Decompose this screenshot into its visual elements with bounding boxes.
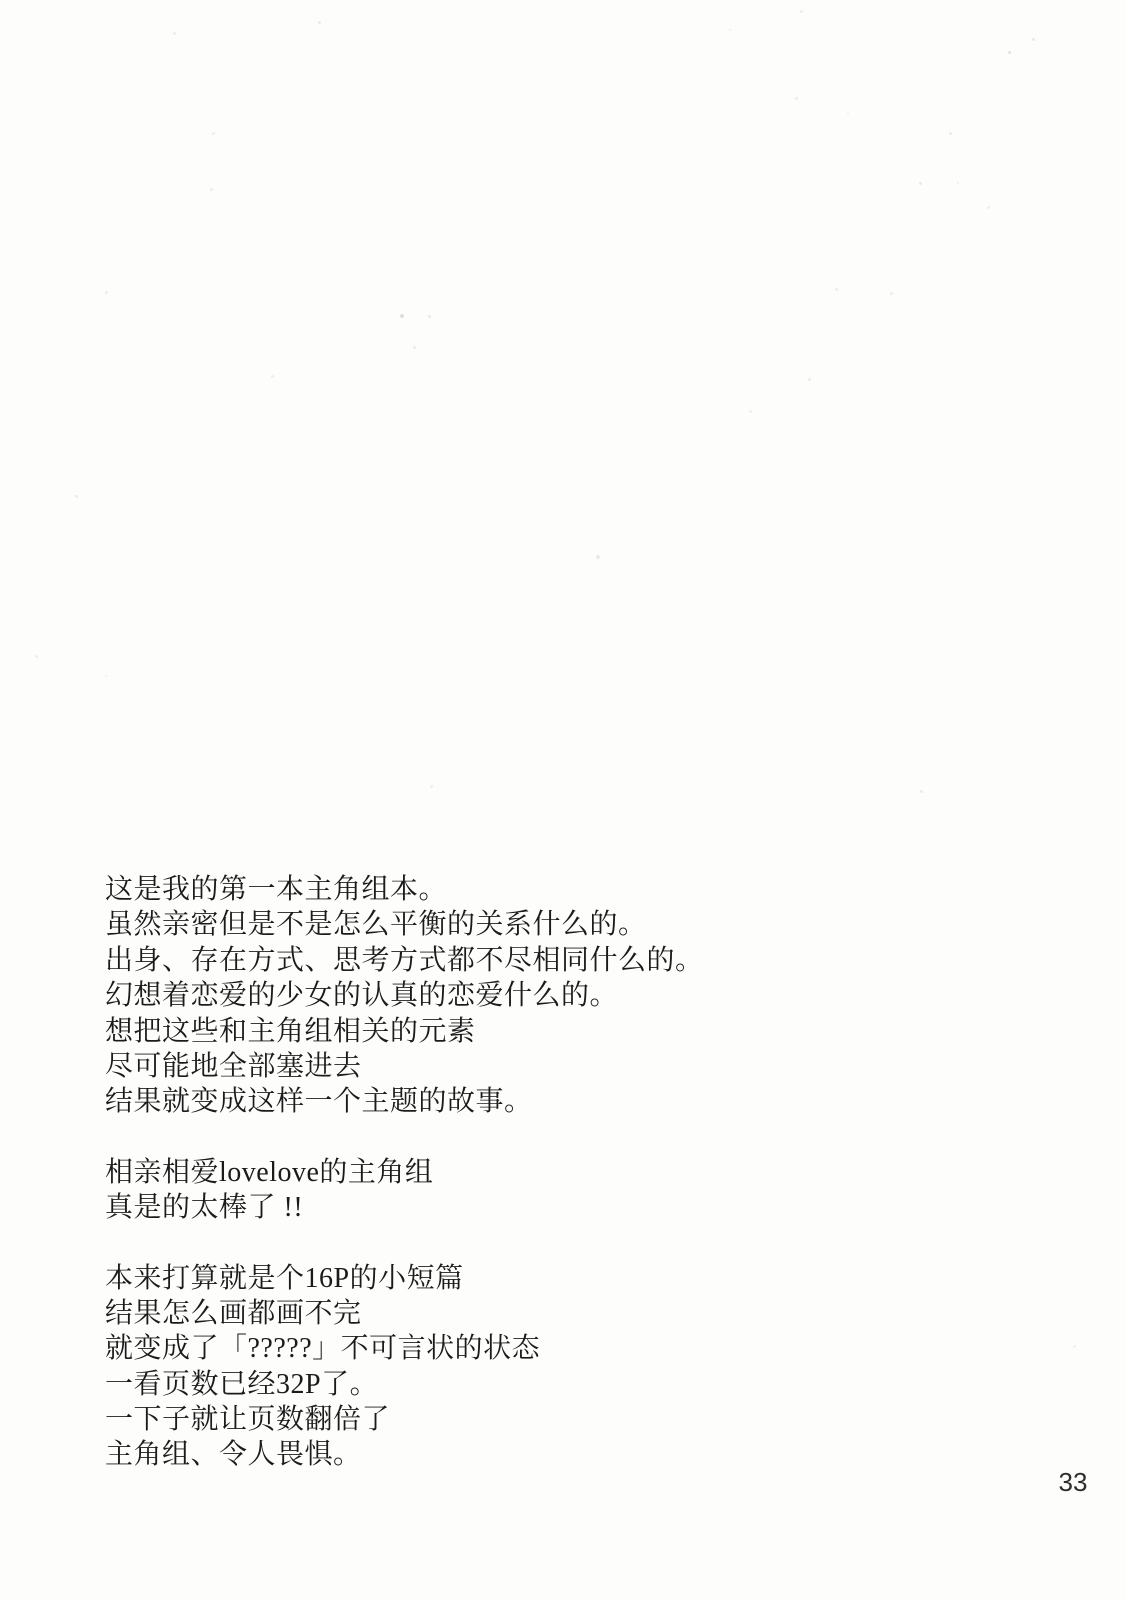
scanned-afterword-page: 这是我的第一本主角组本。 虽然亲密但是不是怎么平衡的关系什么的。 出身、存在方式… <box>0 0 1125 1600</box>
afterword-text-block: 这是我的第一本主角组本。 虽然亲密但是不是怎么平衡的关系什么的。 出身、存在方式… <box>105 872 704 1473</box>
afterword-line: 真是的太棒了 !! <box>105 1190 704 1225</box>
afterword-line: 尽可能地全部塞进去 <box>105 1049 704 1084</box>
scan-speck <box>400 314 404 318</box>
afterword-line: 幻想着恋爱的少女的认真的恋爱什么的。 <box>105 978 704 1013</box>
afterword-line: 一看页数已经32P了。 <box>105 1367 704 1402</box>
afterword-line: 结果怎么画都画不完 <box>105 1296 704 1331</box>
scan-speck <box>75 495 78 498</box>
scan-speck <box>1073 1345 1076 1348</box>
scan-speck <box>749 410 752 413</box>
scan-speck <box>105 675 107 677</box>
scan-speck <box>919 182 922 185</box>
scan-speck <box>35 655 38 658</box>
scan-speck <box>428 315 431 318</box>
scan-speck <box>808 378 811 381</box>
scan-speck <box>1032 38 1035 41</box>
afterword-line: 结果就变成这样一个主题的故事。 <box>105 1084 704 1119</box>
scan-speck <box>800 10 803 13</box>
afterword-line: 相亲相爱lovelove的主角组 <box>105 1155 704 1190</box>
afterword-line: 就变成了「?????」不可言状的状态 <box>105 1331 704 1366</box>
afterword-line: 一下子就让页数翻倍了 <box>105 1402 704 1437</box>
scan-speck <box>890 292 893 295</box>
scan-speck <box>835 288 838 291</box>
scan-speck <box>430 785 433 788</box>
afterword-line: 虽然亲密但是不是怎么平衡的关系什么的。 <box>105 907 704 942</box>
scan-speck <box>105 291 108 294</box>
afterword-paragraph-3: 本来打算就是个16P的小短篇 结果怎么画都画不完 就变成了「?????」不可言状… <box>105 1261 704 1473</box>
scan-speck <box>987 206 990 209</box>
scan-speck <box>210 188 213 191</box>
scan-speck <box>413 346 416 349</box>
afterword-line: 本来打算就是个16P的小短篇 <box>105 1261 704 1296</box>
scan-speck <box>173 32 176 35</box>
afterword-line: 主角组、令人畏惧。 <box>105 1437 704 1472</box>
scan-speck <box>847 113 849 115</box>
scan-speck <box>920 790 923 793</box>
afterword-paragraph-1: 这是我的第一本主角组本。 虽然亲密但是不是怎么平衡的关系什么的。 出身、存在方式… <box>105 872 704 1120</box>
afterword-line: 出身、存在方式、思考方式都不尽相同什么的。 <box>105 943 704 978</box>
afterword-line: 想把这些和主角组相关的元素 <box>105 1014 704 1049</box>
scan-speck <box>729 29 731 31</box>
scan-speck <box>949 132 952 135</box>
scan-speck <box>957 182 959 184</box>
scan-speck <box>596 555 600 559</box>
scan-speck <box>795 97 798 100</box>
afterword-paragraph-2: 相亲相爱lovelove的主角组 真是的太棒了 !! <box>105 1155 704 1226</box>
scan-speck <box>212 132 215 135</box>
page-number: 33 <box>1055 1469 1091 1495</box>
scan-speck <box>1008 51 1011 54</box>
scan-speck <box>271 375 274 378</box>
afterword-line: 这是我的第一本主角组本。 <box>105 872 704 907</box>
scan-speck <box>318 21 321 24</box>
